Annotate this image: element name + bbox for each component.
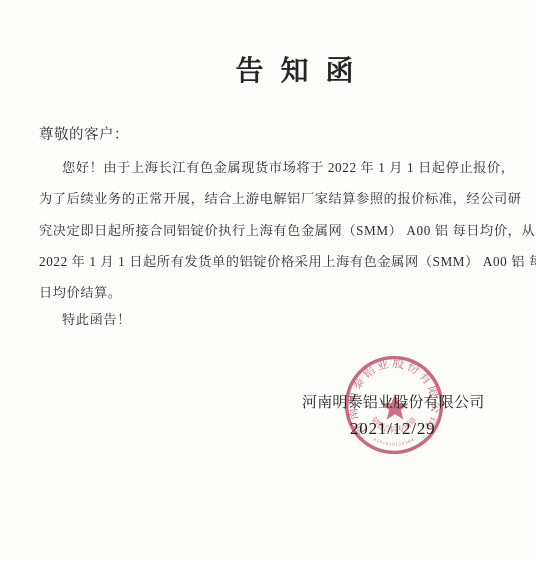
body-line: 为了后续业务的正常开展，结合上游电解铝厂家结算参照的报价标准，经公司研 <box>39 188 522 207</box>
notice-letter-page: 告 知 函 尊敬的客户： 您好！由于上海长江有色金属现货市场将于 2022 年 … <box>0 0 536 561</box>
closing-line: 特此函告！ <box>39 309 131 328</box>
body-line: 2022 年 1 月 1 日起所有发货单的铝锭价格采用上海有色金属网（SMM） … <box>39 251 536 270</box>
salutation: 尊敬的客户： <box>39 123 129 144</box>
body-line: 究决定即日起所接合同铝锭价执行上海有色金属网（SMM） A00 铝 每日均价，从 <box>39 220 535 239</box>
document-title: 告 知 函 <box>0 49 536 89</box>
signature-company-name: 河南明泰铝业股份有限公司 <box>302 391 484 412</box>
signature-date: 2021/12/29 <box>350 419 435 439</box>
body-line: 日均价结算。 <box>39 282 122 301</box>
body-line: 您好！由于上海长江有色金属现货市场将于 2022 年 1 月 1 日起停止报价， <box>39 157 515 176</box>
